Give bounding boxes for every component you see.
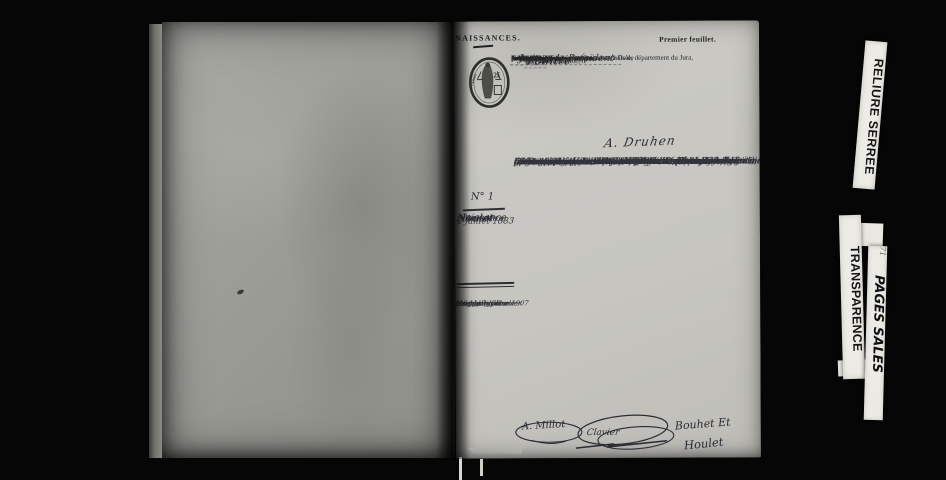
signature-mayor-name: Clavier: [586, 428, 621, 438]
margin-name-line: 2 juillet 1883: [456, 215, 514, 227]
title-underline: [473, 45, 493, 48]
signature-flourish-mayor: Clavier: [568, 410, 686, 459]
page-title: NAISSANCES.: [455, 34, 521, 42]
page-edge-sliver: [459, 457, 462, 480]
label-reliure-serree: RELIURE SERREE: [853, 40, 888, 189]
signature-father-houlet: Houlet: [683, 435, 724, 453]
label-note-71: 71: [868, 246, 887, 257]
margin-rule: [463, 208, 505, 212]
label-pages-sales-text: PAGES SALES: [864, 246, 887, 396]
label-pages-sales: PAGES SALES 71: [864, 246, 888, 420]
preamble-segment: décembre 1882.: [525, 56, 570, 68]
mention-line: Alf. Jay: [455, 298, 481, 310]
birth-act-text: L'an mil huit cent quatre-vingt-trois, l…: [515, 154, 761, 155]
label-transparence: TRANSPARENCE: [839, 215, 865, 380]
blank-verso-page: [162, 22, 455, 458]
margin-double-rule: [457, 282, 514, 288]
page-edge-stack: [149, 24, 162, 458]
act-number: N° 1: [471, 191, 494, 202]
act-line: après qu'il leur en a été fait lecture.: [513, 155, 669, 170]
scanned-register-spread: NAISSANCES. Premier feuillet. 2f TIMBRE …: [0, 0, 946, 480]
paper-speck: [236, 289, 244, 296]
sheet-label: Premier feuillet.: [659, 36, 716, 44]
printed-preamble: Le présent registre contenant huit feuil…: [511, 52, 758, 53]
register-recto-page: NAISSANCES. Premier feuillet. 2f TIMBRE …: [454, 20, 761, 458]
page-edge-sliver: [480, 459, 483, 476]
president-signature: A. Druhen: [603, 133, 677, 150]
fiscal-stamp-icon: 2f TIMBRE: [467, 55, 511, 109]
signature-witness-bouhet: Bouhet Et: [674, 416, 731, 433]
stamp-value: 2f: [493, 70, 500, 79]
